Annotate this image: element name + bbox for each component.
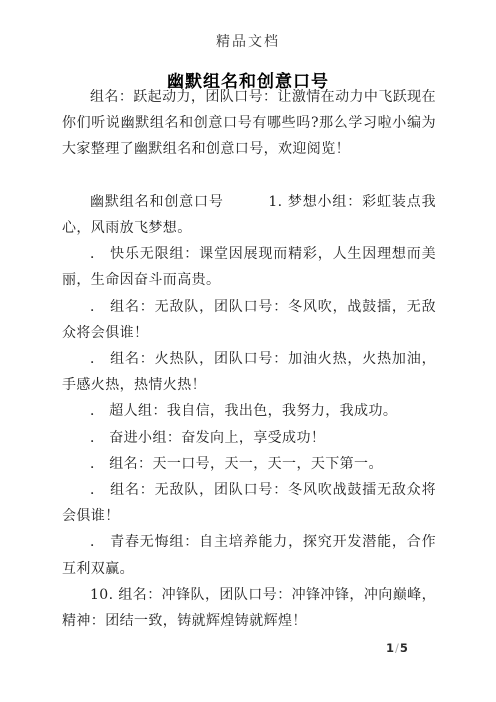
paragraph: ． 组名：天一口号，天一，天一，天下第一。 <box>62 451 436 477</box>
page-number-current: 1 <box>386 641 394 655</box>
paragraph: 组名：跃起动力，团队口号：让激情在动力中飞跃现在你们听说幽默组名和创意口号有哪些… <box>62 84 436 163</box>
paragraph: 幽默组名和创意口号 1. 梦想小组：彩虹装点我心，风雨放飞梦想。 <box>62 189 436 241</box>
paragraph: ． 组名：无敌队，团队口号：冬风吹战鼓擂无敌众将会俱谁！ <box>62 477 436 529</box>
paragraph: 10. 组名：冲锋队，团队口号：冲锋冲锋，冲向巅峰，精神：团结一致，铸就辉煌铸就… <box>62 582 436 634</box>
paragraph: ． 快乐无限组：课堂因展现而精彩，人生因理想而美丽，生命因奋斗而高贵。 <box>62 241 436 293</box>
paragraph: ． 青春无悔组：自主培养能力，探究开发潜能，合作互利双赢。 <box>62 529 436 581</box>
paragraph: ． 组名：无敌队，团队口号：冬风吹，战鼓擂，无敌众将会俱谁！ <box>62 294 436 346</box>
blank-line <box>62 163 436 189</box>
paragraph: ． 组名：火热队，团队口号：加油火热，火热加油，手感火热，热情火热！ <box>62 346 436 398</box>
document-body: 组名：跃起动力，团队口号：让激情在动力中飞跃现在你们听说幽默组名和创意口号有哪些… <box>62 84 436 634</box>
document-header-watermark: 精品文档 <box>0 31 496 51</box>
paragraph: ． 超人组：我自信，我出色，我努力，我成功。 <box>62 398 436 424</box>
paragraph: ． 奋进小组：奋发向上，享受成功！ <box>62 425 436 451</box>
page-number: 1/5 <box>386 641 408 655</box>
page-number-total: 5 <box>400 641 408 655</box>
document-page: 精品文档 幽默组名和创意口号 组名：跃起动力，团队口号：让激情在动力中飞跃现在你… <box>0 0 496 702</box>
